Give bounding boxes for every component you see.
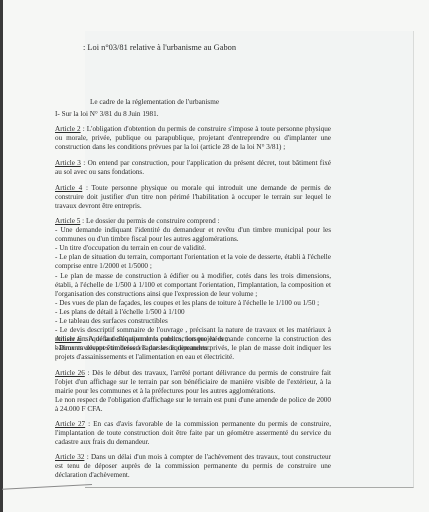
article-text: : L'obligation d'obtention du permis de … bbox=[55, 125, 331, 151]
article-label: Article 2 bbox=[55, 125, 81, 133]
article-label: Article 6 bbox=[55, 335, 81, 343]
article-text: : En cas d'avis favorable de la commissi… bbox=[55, 420, 331, 446]
article-extra: Le non respect de l'obligation d'afficha… bbox=[55, 396, 331, 414]
list-item: - Une demande indiquant l'identité du de… bbox=[55, 226, 331, 244]
article-label: Article 4 bbox=[55, 184, 82, 192]
article-3: Article 3 : On entend par construction, … bbox=[55, 159, 331, 177]
article-label: Article 27 bbox=[55, 420, 85, 428]
article-text: : Le dossier du permis de construire com… bbox=[80, 217, 219, 225]
article-27: Article 27 : En cas d'avis favorable de … bbox=[55, 420, 331, 447]
list-item: - Des vues de plan de façades, les coupe… bbox=[55, 299, 331, 308]
list-item: - Le tableau des surfaces constructibles bbox=[55, 317, 331, 326]
article-32: Article 32 : Dans un délai d'un mois à c… bbox=[55, 453, 331, 480]
list-item: - Le plan de situation du terrain, compo… bbox=[55, 253, 331, 271]
article-5: Article 5 : Le dossier du permis de cons… bbox=[55, 217, 331, 353]
article-text: : A défaut d'équipements publics, lorsqu… bbox=[55, 335, 331, 361]
article-label: Article 32 bbox=[55, 453, 84, 461]
section-title: Le cadre de la réglementation de l'urban… bbox=[90, 98, 219, 106]
article-4: Article 4 : Toute personne physique ou m… bbox=[55, 184, 331, 211]
article-text: : Dans un délai d'un mois à compter de l… bbox=[55, 453, 331, 479]
document-title: : Loi n°03/81 relative à l'urbanisme au … bbox=[83, 43, 236, 52]
article-text: : On entend par construction, pour l'app… bbox=[55, 159, 331, 176]
article-6: Article 6 : A défaut d'équipements publi… bbox=[55, 335, 331, 362]
sheet-fold-edge bbox=[2, 484, 92, 490]
list-item: - Un titre d'occupation du terrain en co… bbox=[55, 244, 331, 253]
intro-line: I- Sur la loi N° 3/81 du 8 Juin 1981. bbox=[55, 110, 159, 118]
article-label: Article 3 bbox=[55, 159, 81, 167]
article-label: Article 26 bbox=[55, 369, 85, 377]
article-label: Article 5 bbox=[55, 217, 80, 225]
article-text: : Dès le début des travaux, l'arrêté por… bbox=[55, 369, 331, 395]
list-item: - Les plans de détail à l'échelle 1/500 … bbox=[55, 308, 331, 317]
list-item: - Le plan de masse de construction à édi… bbox=[55, 272, 331, 299]
article-2: Article 2 : L'obligation d'obtention du … bbox=[55, 125, 331, 152]
article-text: : Toute personne physique ou morale qui … bbox=[55, 184, 331, 210]
article-26: Article 26 : Dès le début des travaux, l… bbox=[55, 369, 331, 414]
scan-left-edge bbox=[0, 0, 3, 512]
